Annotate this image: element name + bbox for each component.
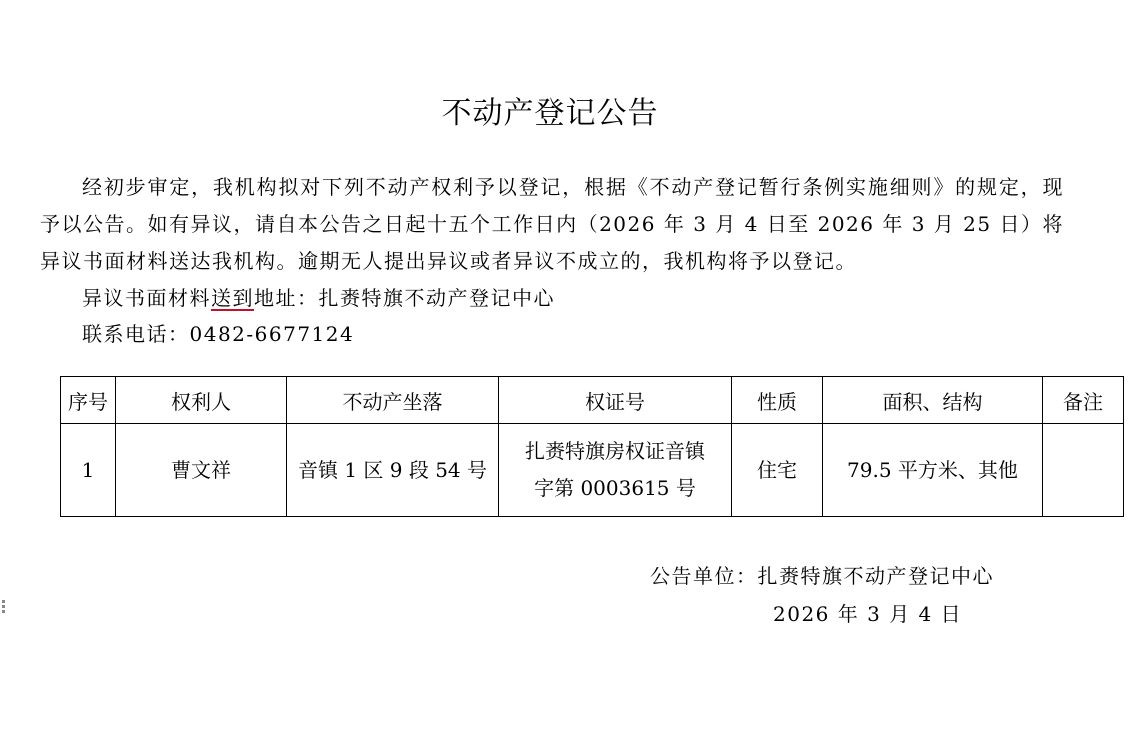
objection-address-line: 异议书面材料送到地址：扎赉特旗不动产登记中心 (82, 282, 555, 311)
address-suffix: 地址：扎赉特旗不动产登记中心 (254, 286, 555, 310)
contact-phone-line: 联系电话：0482-6677124 (82, 318, 354, 347)
header-nature: 性质 (732, 377, 823, 424)
cell-location: 音镇 1 区 9 段 54 号 (287, 424, 499, 517)
drag-handle-icon[interactable] (2, 600, 6, 615)
registration-table: 序号 权利人 不动产坐落 权证号 性质 面积、结构 备注 1 曹文祥 音镇 1 … (60, 376, 1124, 517)
issuer-line: 公告单位：扎赉特旗不动产登记中心 (650, 560, 994, 589)
header-location: 不动产坐落 (287, 377, 499, 424)
certificate-line2: 字第 0003615 号 (499, 470, 731, 507)
header-index: 序号 (61, 377, 116, 424)
cell-area: 79.5 平方米、其他 (823, 424, 1043, 517)
cell-certificate: 扎赉特旗房权证音镇字第 0003615 号 (499, 424, 732, 517)
cell-holder: 曹文祥 (116, 424, 287, 517)
cell-index: 1 (61, 424, 116, 517)
header-area: 面积、结构 (823, 377, 1043, 424)
document-title: 不动产登记公告 (0, 88, 1100, 132)
header-holder: 权利人 (116, 377, 287, 424)
cell-remarks (1043, 424, 1124, 517)
notice-paragraph: 经初步审定，我机构拟对下列不动产权利予以登记，根据《不动产登记暂行条例实施细则》… (40, 169, 1064, 280)
header-certificate: 权证号 (499, 377, 732, 424)
table-header-row: 序号 权利人 不动产坐落 权证号 性质 面积、结构 备注 (61, 377, 1124, 424)
cell-nature: 住宅 (732, 424, 823, 517)
issue-date: 2026 年 3 月 4 日 (773, 598, 962, 627)
header-remarks: 备注 (1043, 377, 1124, 424)
address-prefix: 异议书面材料 (82, 286, 211, 310)
spellcheck-underlined-text: 送到 (211, 286, 254, 310)
table-row: 1 曹文祥 音镇 1 区 9 段 54 号 扎赉特旗房权证音镇字第 000361… (61, 424, 1124, 517)
certificate-line1: 扎赉特旗房权证音镇 (499, 433, 731, 470)
